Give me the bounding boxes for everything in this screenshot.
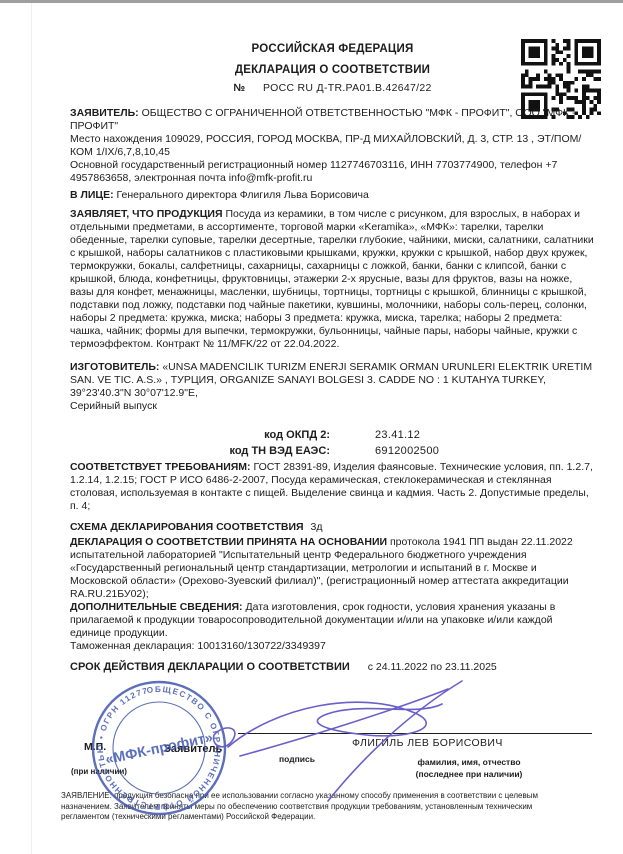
- name-caption-1: фамилия, имя, отчество: [346, 757, 592, 767]
- tnved-value: 6912002500: [375, 445, 439, 457]
- signatory-name: ФЛИГИЛЬ ЛЕВ БОРИСОВИЧ: [352, 737, 503, 749]
- stamp-center-text: «МФК-профит»: [104, 730, 214, 768]
- okpd-code-row: код ОКПД 2:23.41.12: [70, 427, 595, 443]
- tnved-label: код ТН ВЭД ЕАЭС:: [70, 443, 330, 459]
- codes-section: код ОКПД 2:23.41.12 код ТН ВЭД ЕАЭС:6912…: [70, 427, 595, 459]
- signature-line: [238, 733, 356, 734]
- scheme-value: 3д: [311, 521, 323, 533]
- okpd-value: 23.41.12: [375, 429, 420, 441]
- validity-value: с 24.11.2022 по 23.11.2025: [368, 661, 497, 673]
- additional-label: ДОПОЛНИТЕЛЬНЫЕ СВЕДЕНИЯ:: [70, 601, 243, 613]
- declares-section: ЗАЯВЛЯЕТ, ЧТО ПРОДУКЦИЯ Посуда из керами…: [70, 208, 595, 351]
- number-label: №: [233, 82, 245, 94]
- person-section: В ЛИЦЕ: Генерального директора Флигиля Л…: [70, 189, 595, 202]
- name-caption-2: (последнее при наличии): [346, 769, 592, 779]
- country-heading: РОССИЙСКАЯ ФЕДЕРАЦИЯ: [70, 43, 595, 55]
- signature-block: ОБЩЕСТВО С ОГРАНИЧЕННОЙ ОТВЕТСТВЕННОСТЬЮ…: [70, 677, 595, 783]
- declares-text: Посуда из керамики, в том числе с рисунк…: [70, 208, 594, 350]
- number-value: РОСС RU Д-TR.РА01.В.42647/22: [263, 82, 432, 94]
- handwritten-signature: [210, 659, 510, 809]
- applicant-label: ЗАЯВИТЕЛЬ:: [70, 107, 139, 119]
- scheme-label: СХЕМА ДЕКЛАРИРОВАНИЯ СООТВЕТСТВИЯ: [70, 521, 304, 533]
- signature-caption: подпись: [238, 754, 356, 764]
- compliance-label: СООТВЕТСТВУЕТ ТРЕБОВАНИЯМ:: [70, 461, 251, 473]
- applicant-name: ОБЩЕСТВО С ОГРАНИЧЕННОЙ ОТВЕТСТВЕННОСТЬЮ…: [70, 107, 576, 132]
- scheme-section: СХЕМА ДЕКЛАРИРОВАНИЯ СООТВЕТСТВИЯ 3д: [70, 521, 595, 534]
- manufacturer-section: ИЗГОТОВИТЕЛЬ: «UNSA MADENCILIK TURIZM EN…: [70, 361, 595, 413]
- tnved-code-row: код ТН ВЭД ЕАЭС:6912002500: [70, 443, 595, 459]
- customs-declaration: Таможенная декларация: 10013160/130722/3…: [70, 640, 595, 653]
- additional-section: ДОПОЛНИТЕЛЬНЫЕ СВЕДЕНИЯ: Дата изготовлен…: [70, 601, 595, 653]
- compliance-section: СООТВЕТСТВУЕТ ТРЕБОВАНИЯМ: ГОСТ 28391-89…: [70, 461, 595, 513]
- person-text: Генерального директора Флигиля Льва Бори…: [117, 189, 369, 201]
- applicant-section: ЗАЯВИТЕЛЬ: ОБЩЕСТВО С ОГРАНИЧЕННОЙ ОТВЕТ…: [70, 107, 595, 185]
- name-line: [346, 733, 592, 734]
- applicant-address: Место нахождения 109029, РОССИЯ, ГОРОД М…: [70, 133, 595, 159]
- declaration-document: РОССИЙСКАЯ ФЕДЕРАЦИЯ ДЕКЛАРАЦИЯ О СООТВЕ…: [0, 0, 623, 854]
- basis-label: ДЕКЛАРАЦИЯ О СООТВЕТСТВИИ ПРИНЯТА НА ОСН…: [70, 536, 387, 548]
- serial-issue: Серийный выпуск: [70, 400, 595, 413]
- basis-section: ДЕКЛАРАЦИЯ О СООТВЕТСТВИИ ПРИНЯТА НА ОСН…: [70, 536, 595, 601]
- declares-label: ЗАЯВЛЯЕТ, ЧТО ПРОДУКЦИЯ: [70, 208, 223, 220]
- manufacturer-label: ИЗГОТОВИТЕЛЬ:: [70, 361, 159, 373]
- applicant-registration: Основной государственный регистрационный…: [70, 159, 595, 185]
- declaration-number: №РОСС RU Д-TR.РА01.В.42647/22: [70, 82, 595, 94]
- validity-section: СРОК ДЕЙСТВИЯ ДЕКЛАРАЦИИ О СООТВЕТСТВИИ …: [70, 661, 595, 674]
- document-title: ДЕКЛАРАЦИЯ О СООТВЕТСТВИИ: [70, 64, 595, 76]
- document-content: РОССИЙСКАЯ ФЕДЕРАЦИЯ ДЕКЛАРАЦИЯ О СООТВЕ…: [0, 3, 623, 823]
- company-stamp-icon: ОБЩЕСТВО С ОГРАНИЧЕННОЙ ОТВЕТСТВЕННОСТЬЮ…: [75, 664, 243, 832]
- person-label: В ЛИЦЕ:: [70, 189, 114, 201]
- okpd-label: код ОКПД 2:: [70, 427, 330, 443]
